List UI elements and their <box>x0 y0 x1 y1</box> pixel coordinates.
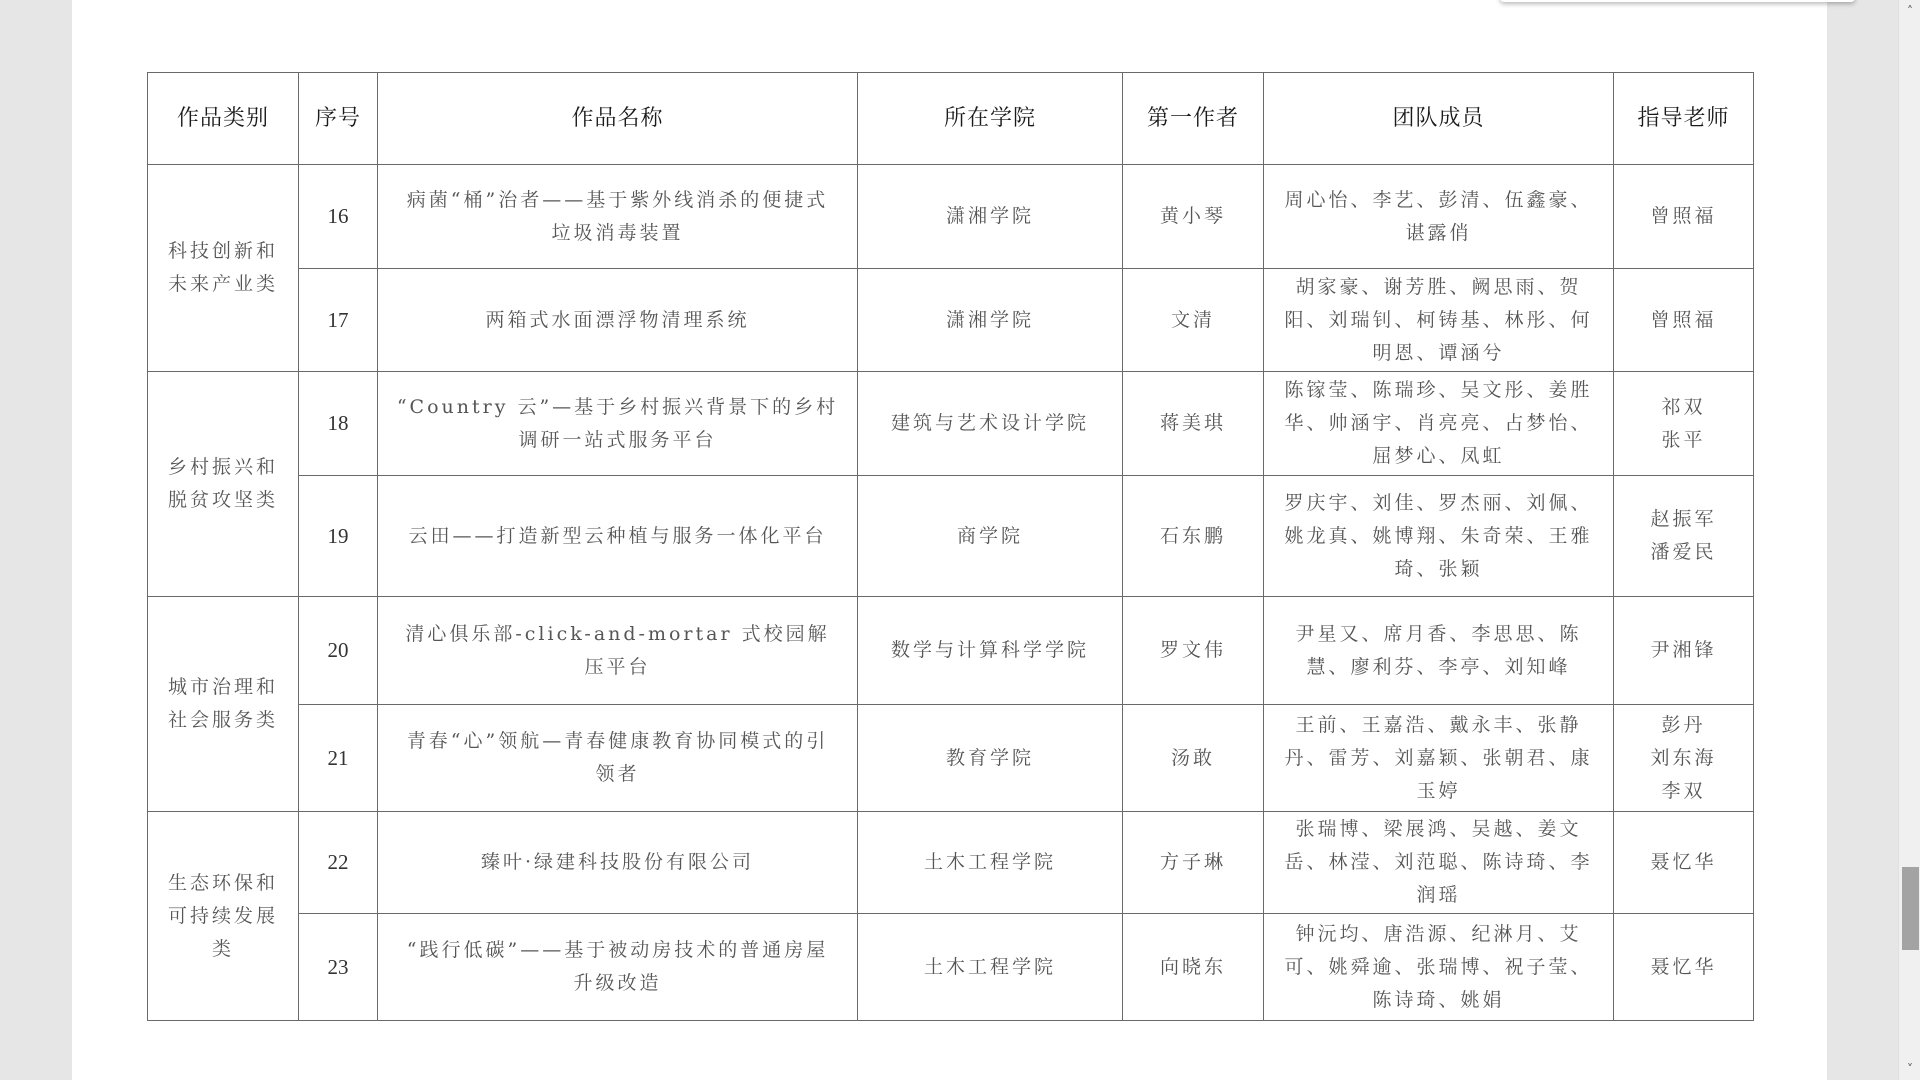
title-cell: 病菌“桶”治者——基于紫外线消杀的便捷式垃圾消毒装置 <box>378 165 858 269</box>
table-row: 21 青春“心”领航—青春健康教育协同模式的引领者 教育学院 汤敢 王前、王嘉浩… <box>148 705 1754 812</box>
title-cell: “践行低碳”——基于被动房技术的普通房屋升级改造 <box>378 914 858 1021</box>
advisor-cell: 祁双 张平 <box>1614 372 1754 476</box>
table-row: 19 云田——打造新型云种植与服务一体化平台 商学院 石东鹏 罗庆宇、刘佳、罗杰… <box>148 476 1754 597</box>
table-row: 23 “践行低碳”——基于被动房技术的普通房屋升级改造 土木工程学院 向晓东 钟… <box>148 914 1754 1021</box>
members-cell: 尹星又、席月香、李思思、陈慧、廖利芬、李亭、刘知峰 <box>1264 597 1614 705</box>
college-cell: 土木工程学院 <box>858 812 1123 914</box>
number-cell: 23 <box>299 914 378 1021</box>
first-author-cell: 石东鹏 <box>1123 476 1264 597</box>
members-cell: 胡家豪、谢芳胜、阙思雨、贺阳、刘瑞钊、柯铸基、林彤、何明恩、谭涵兮 <box>1264 269 1614 372</box>
title-cell: 云田——打造新型云种植与服务一体化平台 <box>378 476 858 597</box>
header-college: 所在学院 <box>858 73 1123 165</box>
members-cell: 钟沅均、唐浩源、纪淋月、艾可、姚舜逾、张瑞博、祝子莹、陈诗琦、姚娟 <box>1264 914 1614 1021</box>
members-cell: 王前、王嘉浩、戴永丰、张静丹、雷芳、刘嘉颖、张朝君、康玉婷 <box>1264 705 1614 812</box>
number-cell: 22 <box>299 812 378 914</box>
category-cell: 城市治理和社会服务类 <box>148 597 299 812</box>
number-cell: 21 <box>299 705 378 812</box>
members-cell: 张瑞博、梁展鸿、吴越、姜文岳、林滢、刘范聪、陈诗琦、李润瑶 <box>1264 812 1614 914</box>
first-author-cell: 蒋美琪 <box>1123 372 1264 476</box>
header-advisor: 指导老师 <box>1614 73 1754 165</box>
title-cell: 臻叶·绿建科技股份有限公司 <box>378 812 858 914</box>
first-author-cell: 方子琳 <box>1123 812 1264 914</box>
members-cell: 周心怡、李艺、彭清、伍鑫豪、谌露俏 <box>1264 165 1614 269</box>
first-author-cell: 向晓东 <box>1123 914 1264 1021</box>
college-cell: 土木工程学院 <box>858 914 1123 1021</box>
first-author-cell: 黄小琴 <box>1123 165 1264 269</box>
floating-panel-edge <box>1500 0 1855 2</box>
title-cell: 两箱式水面漂浮物清理系统 <box>378 269 858 372</box>
table-row: 科技创新和未来产业类 16 病菌“桶”治者——基于紫外线消杀的便捷式垃圾消毒装置… <box>148 165 1754 269</box>
vertical-scrollbar[interactable]: ˄ ˅ <box>1898 0 1920 1080</box>
table-row: 乡村振兴和脱贫攻坚类 18 “Country 云”—基于乡村振兴背景下的乡村调研… <box>148 372 1754 476</box>
number-cell: 19 <box>299 476 378 597</box>
first-author-cell: 罗文伟 <box>1123 597 1264 705</box>
members-cell: 陈镓莹、陈瑞珍、吴文彤、姜胜华、帅涵宇、肖亮亮、占梦怡、屈梦心、凤虹 <box>1264 372 1614 476</box>
header-team-members: 团队成员 <box>1264 73 1614 165</box>
title-cell: “Country 云”—基于乡村振兴背景下的乡村调研一站式服务平台 <box>378 372 858 476</box>
table-row: 生态环保和可持续发展类 22 臻叶·绿建科技股份有限公司 土木工程学院 方子琳 … <box>148 812 1754 914</box>
college-cell: 潇湘学院 <box>858 165 1123 269</box>
number-cell: 17 <box>299 269 378 372</box>
college-cell: 数学与计算科学学院 <box>858 597 1123 705</box>
scroll-up-icon[interactable]: ˄ <box>1899 2 1920 20</box>
number-cell: 16 <box>299 165 378 269</box>
advisor-cell: 尹湘锋 <box>1614 597 1754 705</box>
advisor-cell: 曾照福 <box>1614 269 1754 372</box>
table-header-row: 作品类别 序号 作品名称 所在学院 第一作者 团队成员 指导老师 <box>148 73 1754 165</box>
college-cell: 教育学院 <box>858 705 1123 812</box>
category-cell: 科技创新和未来产业类 <box>148 165 299 372</box>
category-cell: 乡村振兴和脱贫攻坚类 <box>148 372 299 597</box>
number-cell: 18 <box>299 372 378 476</box>
advisor-cell: 赵振军 潘爱民 <box>1614 476 1754 597</box>
category-cell: 生态环保和可持续发展类 <box>148 812 299 1021</box>
first-author-cell: 文清 <box>1123 269 1264 372</box>
first-author-cell: 汤敢 <box>1123 705 1264 812</box>
advisor-cell: 聂忆华 <box>1614 812 1754 914</box>
header-first-author: 第一作者 <box>1123 73 1264 165</box>
scroll-down-icon[interactable]: ˅ <box>1899 1060 1920 1078</box>
college-cell: 建筑与艺术设计学院 <box>858 372 1123 476</box>
header-number: 序号 <box>299 73 378 165</box>
number-cell: 20 <box>299 597 378 705</box>
college-cell: 商学院 <box>858 476 1123 597</box>
advisor-cell: 彭丹 刘东海 李双 <box>1614 705 1754 812</box>
header-title: 作品名称 <box>378 73 858 165</box>
college-cell: 潇湘学院 <box>858 269 1123 372</box>
title-cell: 青春“心”领航—青春健康教育协同模式的引领者 <box>378 705 858 812</box>
advisor-cell: 曾照福 <box>1614 165 1754 269</box>
header-category: 作品类别 <box>148 73 299 165</box>
scrollbar-thumb[interactable] <box>1902 867 1919 950</box>
members-cell: 罗庆宇、刘佳、罗杰丽、刘佩、姚龙真、姚博翔、朱奇荣、王雅琦、张颖 <box>1264 476 1614 597</box>
table-row: 17 两箱式水面漂浮物清理系统 潇湘学院 文清 胡家豪、谢芳胜、阙思雨、贺阳、刘… <box>148 269 1754 372</box>
table-row: 城市治理和社会服务类 20 清心俱乐部-click-and-mortar 式校园… <box>148 597 1754 705</box>
title-cell: 清心俱乐部-click-and-mortar 式校园解压平台 <box>378 597 858 705</box>
awards-table: 作品类别 序号 作品名称 所在学院 第一作者 团队成员 指导老师 科技创新和未来… <box>147 72 1754 1021</box>
advisor-cell: 聂忆华 <box>1614 914 1754 1021</box>
